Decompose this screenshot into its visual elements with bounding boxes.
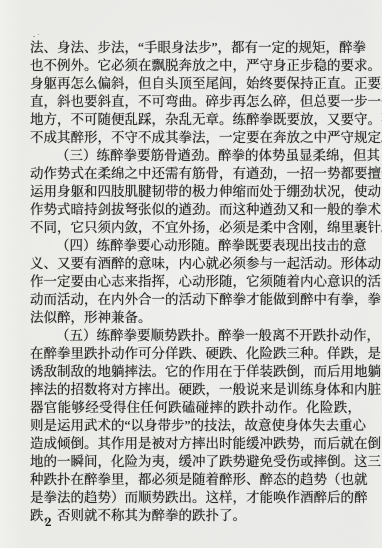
- text-line: 器官能够经受得住任何跌磕碰摔的跌扑动作。化险跌，: [30, 399, 361, 417]
- text-line: 摔法的招数将对方摔出。硬跌，一般说来是训练身体和内脏: [30, 381, 361, 399]
- text-line: 地的一瞬间，化险为夷，缓冲了跌势避免受伤或摔倒。这三: [30, 453, 361, 471]
- scan-speck: [33, 36, 35, 37]
- text-line: 动而活动，在内外合一的活动下醉拳才能做到醉中有拳，拳: [30, 291, 361, 309]
- page-number: 2: [45, 514, 52, 530]
- text-line: 在醉拳里跌扑动作可分佯跌、硬跌、化险跌三种。佯跌，是: [30, 345, 361, 363]
- text-line: 法、身法、步法，“手眼身法步”，都有一定的规矩，醉拳: [30, 39, 361, 57]
- text-line: 作一定要由心志来指挥，心动形随，它须随着内心意识的活: [30, 273, 361, 291]
- text-line: 作势式暗持剑拔弩张似的遒劲。而这种遒劲又和一般的拳术: [30, 201, 361, 219]
- text-line: 义、又要有酒醉的意味，内心就必须参与一起活动。形体动: [30, 255, 361, 273]
- text-line: 也不例外。它必须在飘脱奔放之中，严守身正步稳的要求。: [30, 57, 361, 75]
- text-line: 种跌扑在醉拳里，都必须是随着醉形、醉态的趋势（也就: [30, 471, 361, 489]
- text-line: 诱敌制敌的地躺摔法。它的作用在于佯装跌倒，而后用地躺: [30, 363, 361, 381]
- text-line: 是拳法的趋势）而顺势跌出。这样，才能唤作酒醉后的醉: [30, 489, 361, 507]
- text-line: （五）练醉拳要顺势跌扑。醉拳一般离不开跌扑动作，: [30, 327, 361, 345]
- text-line: 身躯再怎么偏斜，但自头顶至尾闾，始终要保持正直。正要正: [30, 75, 361, 93]
- text-line: 不同，它只须内敛，不宜外扬，必须是柔中含刚，绵里裹针。: [30, 219, 361, 237]
- text-line: 则是运用武术的“以身带步”的技法，故意使身体失去重心: [30, 417, 361, 435]
- scanned-book-page: 法、身法、步法，“手眼身法步”，都有一定的规矩，醉拳也不例外。它必须在飘脱奔放之…: [0, 0, 382, 548]
- text-line: （四）练醉拳要心动形随。醉拳既要表现出技击的意: [30, 237, 361, 255]
- text-line: 法似醉，形神兼备。: [30, 309, 361, 327]
- text-line: 地方，不可随便乱踩，杂乱无章。练醉拳既要放，又要守。不放: [30, 111, 361, 129]
- text-line: 运用身躯和四肢肌腱韧带的极力伸缩而处于绷劲状况，使动: [30, 183, 361, 201]
- scan-speck: [38, 34, 39, 35]
- text-column: 法、身法、步法，“手眼身法步”，都有一定的规矩，醉拳也不例外。它必须在飘脱奔放之…: [30, 39, 361, 525]
- text-line: 跌，否则就不称其为醉拳的跌扑了。: [30, 507, 361, 525]
- text-line: 造成倾倒。其作用是被对方摔出时能缓冲跌势，而后就在倒: [30, 435, 361, 453]
- text-line: 直，斜也要斜直，不可弯曲。碎步再怎么碎，但总要一步一个: [30, 93, 361, 111]
- text-line: （三）练醉拳要筋骨遒劲。醉拳的体势虽显柔绵，但其: [30, 147, 361, 165]
- text-line: 动作势式在柔绵之中还需有筋骨，有遒劲，一招一势都要擅于: [30, 165, 361, 183]
- text-line: 不成其醉形，不守不成其拳法，一定要在奔放之中严守规定。: [30, 129, 361, 147]
